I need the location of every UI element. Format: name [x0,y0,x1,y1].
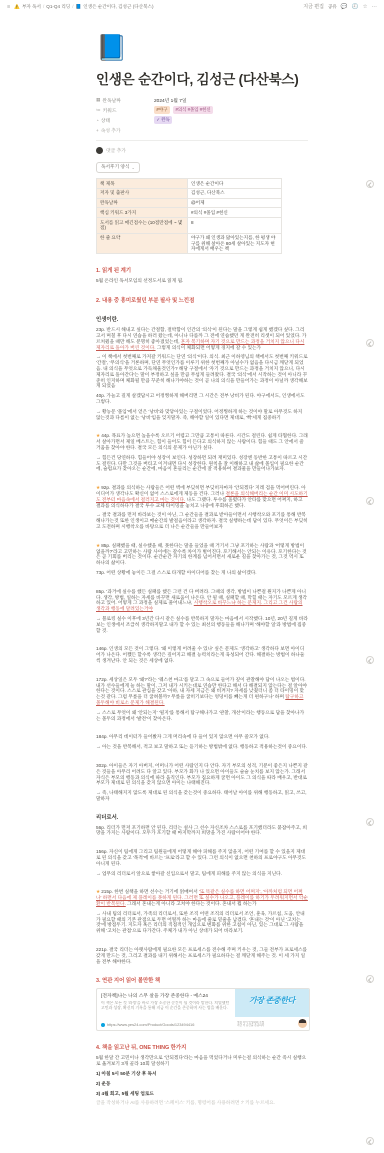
thumbnail-caption: 지금 이 순간을 존중하라 [237,1024,296,1027]
calendar-icon: ▦ [96,97,100,103]
spacer [96,637,308,642]
text-segment: 156p. 자신이 팀에게 그리고 팀원들에게 어떻게 해야 피해를 주지 않을… [96,849,306,866]
avatar [96,147,103,154]
text-segment: 184p. 아무리 데이터가 들어봤자 그게 머리속에 다 들어 있지 않으면 … [96,734,270,739]
paragraph: 146p. 인생의 모든 것이 그렇다. '왜 이렇게 어려울 수 있나' 싶은… [96,646,308,663]
paragraph: → 힘든건 당연하다. 힘들어야 성장이 보인다. 성장하면 되려 재미있다. … [96,455,308,472]
paragraph: → 스스로 무엇이 왜 '안되는지' '될지'를 통해서 탐구해나가고 '관찰,… [96,710,308,722]
add-comment-row[interactable]: 댓글 추가 [96,145,308,155]
favorite-star-icon[interactable]: ☆ [363,4,368,10]
text-segment: → 아는 것을 반복해서, 적고 보고 말하고 또는 듣기하는 방법밖에 없다.… [96,744,307,749]
table-row: 도서를 읽고 매긴점수는 (10점만점에 ~ 몇점) 8 [97,218,282,233]
bookmark-card[interactable]: [전자책]나는 나의 스무 살을 가장 존중한다 - 예스24 이 책은 모든 … [96,988,310,1031]
table-row: 완독날짜 @어제 [97,198,282,208]
paragraph: 글을 작성하거나 AI를 사용하려면 '스페이스' 키를, 명령어를 사용하려면… [96,1100,308,1106]
bookmark-description: 이 책은 모든 것 '과정'을 바로 가장 소중한 순간이 될 것이라 말한다.… [101,1001,231,1011]
table-value-cell[interactable]: 8 [188,218,282,233]
edited-label: 지금 편집 [303,3,324,10]
text-segment: → 업무의 리더로서 앞으로 쌓아갈 신입으로서 말고, 팀에게 피해를 주지 … [96,871,282,876]
property-list: ▦ 완독날짜 2024년 1월 7일 ≔ 키워드 #야구 #의식 #몰입 #헌신… [96,95,308,135]
divider [96,140,308,141]
breadcrumb-item[interactable]: 인생은 순간이다, 김성근 (다산북스) [83,4,153,10]
bookmark-thumbnail: 가장 존중한다 열살 차이 인생과외 수업 지금 이 순간을 존중하라 [235,989,309,1030]
text-segment: 3) 4월 회고, 5월 세팅 업로드 [96,1091,154,1096]
paragraph: 156p. 자신이 팀에게 그리고 팀원들에게 어떻게 해야 피해를 주지 않을… [96,849,308,866]
cursor-marker [366,975,374,983]
paragraph: → 사내 팀의 리더로서, 가족의 리더로서, 또한 조직 어떤 조직의 리더로… [96,911,308,934]
text-segment: 그렇게 의식이 체화되면 어떻게 경지에 갈 수 있는가 [156,345,262,350]
status-icon: ◔ [96,118,99,123]
cursor-marker [366,656,374,664]
property-finish-date[interactable]: ▦ 완독날짜 2024년 1월 7일 [96,95,308,105]
template-button[interactable]: 독서후기 양식 ⌄ [96,162,140,173]
bookmark-title: [전자책]나는 나의 스무 살을 가장 존중한다 - 예스24 [101,992,231,999]
table-label-cell[interactable]: 도서를 읽고 매긴점수는 (10점만점에 ~ 몇점) [97,218,188,233]
paragraph: 221p. 결국 리더는 아랫사람에게 필요한 모든 프로세스를 전수해 주며 … [96,947,308,964]
spacer [96,534,308,539]
paragraph: → 이 책에서 첫번째로 가져갈 키워드는 단연 '의식'이다. 의식. 최근 … [96,354,308,389]
text-segment: → 스스로 무엇이 왜 '안되는지' '될지'를 통해서 탐구해나가고 '관찰,… [96,710,304,721]
history-icon[interactable]: 🕘 [352,4,359,10]
property-label: 상태 [101,117,110,124]
property-status[interactable]: ◔ 상태 ✓ 완독 [96,115,308,125]
page-icon[interactable]: 📘 [96,35,308,61]
sidebar-toggle-icon[interactable]: ≡ [7,4,10,10]
paragraph: 2) 운동 [96,1081,308,1087]
text-segment: 2) 운동 [96,1081,111,1086]
section-heading: 1. 읽게 된 계기 [96,266,308,274]
property-label: 완독날짜 [102,97,121,104]
spacer [96,424,308,429]
spacer [96,476,308,481]
page-content: 📘 인생은 순간이다, 김성근 (다산북스) ▦ 완독날짜 2024년 1월 7… [0,13,308,1106]
text-segment: → 황농문 '몰입'에서 얻은 '낭비'와 맞닿아있는 구절이었다. 어정쩡하게… [96,409,302,420]
spacer [96,725,308,730]
breadcrumb-separator: / [43,4,44,9]
text-segment: 56p. 리더가 먼저 포기하면 안 된다. 리더는 설사 그 선수 자신조차 … [96,825,307,836]
paragraph: 1) 아침 5시 50분 기상 후 독서 [96,1071,308,1077]
text-segment: → 결국 결과를 먼저 바라보는 것이 아닌, 그 순간들을 결과로 받아들이면… [96,512,308,529]
table-row: 한 줄 요약 야구가 왜 인생과 닮아있는지를, 한 평생 야구를 위해 살아온… [97,233,282,254]
spacer [96,668,308,673]
text-segment: 146p. 인생의 모든 것이 그렇다. '왜 이렇게 어려울 수 있나' 싶은… [96,646,304,663]
text-segment: 85p. 실패했을 때, 실수했을 때, 못한다는 말을 들었을 때 거기서 그… [96,543,307,565]
page-title[interactable]: 인생은 순간이다, 김성근 (다산북스) [96,68,308,88]
breadcrumb-item[interactable]: 부자 독서 [22,4,41,10]
paragraph: 73p. 어떤 상황에 놓이든 그걸 스스로 타개할 아이디어를 찾는 게 나의… [96,570,308,576]
text-segment: 글을 작성하거나 AI를 사용하려면 '스페이스' 키를, 명령어를 사용하려면… [96,1100,275,1105]
tag[interactable]: #의식 #몰입 #헌신 [173,106,213,113]
author-photo [298,1019,307,1028]
chevron-down-icon: ⌄ [131,165,134,170]
paragraph: → 블로킹 실수 이후에 3년간 다시 같은 실수를 반복하지 말자는 마음에서… [96,616,308,633]
review-table: 책 제목 인생은 순간이다 저자 및 출판사 김성근, 다산북스 완독날짜 @어… [96,178,282,254]
paragraph: 5월 한달 간 고민이나 생각만으로 '안되겠다'라는 마음을 먹었다거나 미루… [96,1055,308,1067]
paragraph: → 황농문 '몰입'에서 얻은 '낭비'와 맞닿아있는 구절이었다. 어정쩡하게… [96,409,308,421]
table-label-cell[interactable]: 완독날짜 [97,198,188,208]
paragraph: ★85p. 실패했을 때, 실수했을 때, 못한다는 말을 들었을 때 거기서 … [96,543,308,566]
text-segment: 그래서 혼내는게 아니라 고쳐야 한다는 것이다. 혼내서 뭘 하는가 [126,901,257,906]
table-row: 저자 및 출판사 김성근, 다산북스 [97,188,282,198]
cursor-marker [366,1137,374,1145]
thumbnail-title: 가장 존중한다 [235,995,309,1006]
table-label-cell[interactable]: 한 줄 요약 [97,233,188,254]
paragraph: ★92p. 결과를 의식하는 사람들은 어떤 벽에 부딪히면 부딪히자마자 '안… [96,485,308,508]
spacer [96,580,308,585]
spacer [96,880,308,885]
table-value-cell[interactable]: @어제 [188,198,282,208]
star-icon: ★ [96,433,100,438]
star-icon: ★ [96,889,100,894]
cursor-marker [366,339,374,347]
paragraph: 85p. '과거에 실수를 했든 실패를 했든 그런 건 다 버려라. 그때의 … [96,589,308,612]
add-property-button[interactable]: + 속성 추가 [96,125,308,135]
paragraph: ★215p. 한번 실책을 하면 선수는 거기에 얽매여서 '또 똑같은 실수를… [96,889,308,906]
table-value-cell[interactable]: 김성근, 다산북스 [188,188,282,198]
bookmark-url: https://www.yes24.com/Product/Goods/1234… [107,1022,194,1027]
property-label: 키워드 [103,107,117,114]
star-icon: ★ [96,543,100,548]
text-segment: 221p. 결국 리더는 아랫사람에게 필요한 모든 프로세스를 전수해 주며 … [96,947,307,964]
text-segment: → 사내 팀의 리더로서, 가족의 리더로서, 또한 조직 어떤 조직의 리더로… [96,911,305,933]
property-value: 2024년 1월 7일 [154,97,187,104]
breadcrumb-separator: / [72,4,73,9]
paragraph: → 아는 것을 반복해서, 적고 보고 말하고 또는 듣기하는 방법밖에 없다.… [96,744,308,750]
table-value-cell[interactable]: #의식 #몰입 #헌신 [188,208,282,218]
section-heading: 4. 책을 읽고난 뒤, ONE THING 한가지 [96,1043,308,1051]
paragraph: 5월 온라인 독서모임의 선정도서로 읽게 됨. [96,278,308,284]
table-label-cell[interactable]: 핵심 키워드 3가지 [97,208,188,218]
text-segment: 302p. 아이들은 자기 아버지, 어머니가 어떤 사람인지 다 안다. 자기… [96,763,308,785]
template-button-label: 독서후기 양식 [101,164,129,170]
content-blocks: 1. 읽게 된 계기5월 온라인 독서모임의 선정도서로 읽게 됨.2. 내용 … [96,266,308,984]
breadcrumb: ⚠️ 부자 독서 / Q1-Q4 리딩 / 📘 인생은 순간이다, 김성근 (다… [14,4,153,10]
top-bar: ≡ ⚠️ 부자 독서 / Q1-Q4 리딩 / 📘 인생은 순간이다, 김성근 … [0,0,384,13]
sub-heading: 인생이란. [96,315,308,323]
cursor-marker [366,818,374,826]
tag[interactable]: #야구 [154,106,170,113]
text-segment: 73p. 어떤 상황에 놓이든 그걸 스스로 타개할 아이디어를 찾는 게 나의… [96,570,257,575]
list-icon: ≔ [96,107,101,113]
paragraph: 23p. 반드시 해내고 싶다는 간절함, 절박함이 인간의 '의식'이 된다는… [96,327,308,350]
section-heading: 2. 내용 중 흥미로웠던 부분 필사 및 느낀점 [96,296,308,304]
paragraph: 56p. 리더가 먼저 포기하면 안 된다. 리더는 설사 그 선수 자신조차 … [96,825,308,837]
paragraph: → 즉, 나태해지지 않도록 제대로 된 의식을 갖는것이 중요하다. 태어날 … [96,790,308,802]
paragraph: 40p. 가늘고 길게 살겠답시고 어정쩡하게 해버리면 그 시간은 전부 낭비… [96,393,308,405]
text-segment: 172p. 세상일은 모두 '왜?'라는 '퀘스천 마크'를 달고 그 속으로 … [96,677,307,699]
more-options-icon[interactable]: ⋯ [372,4,378,10]
table-row: 책 제목 인생은 순간이다 [97,179,282,189]
text-segment: 44p. 목표가 높으면 높을수록 오르기 어렵고 그만큼 고통이 따른다. 시… [96,433,308,450]
paragraph: → 업무의 리더로서 앞으로 쌓아갈 신입으로서 말고, 팀에게 피해를 주지 … [96,871,308,877]
text-segment: 5월 온라인 독서모임의 선정도서로 읽게 됨. [96,278,183,283]
yes24-favicon [101,1023,105,1027]
breadcrumb-item[interactable]: Q1-Q4 리딩 [46,4,70,10]
table-label-cell[interactable]: 책 제목 [97,179,188,189]
text-segment: → 이 책에서 첫번째로 가져갈 키워드는 단연 '의식'이다. 의식. 최근 … [96,354,308,388]
breadcrumb-item-icon: ⚠️ [14,4,20,10]
property-keywords[interactable]: ≔ 키워드 #야구 #의식 #몰입 #헌신 [96,105,308,115]
text-segment: → 즉, 나태해지지 않도록 제대로 된 의식을 갖는것이 중요하다. 태어날 … [96,790,307,801]
paragraph: → 결국 결과를 먼저 바라보는 것이 아닌, 그 순간들을 결과로 받아들이면… [96,512,308,529]
text-segment: → 블로킹 실수 이후에 3년간 다시 같은 실수를 반복하지 말자는 마음에서… [96,616,308,633]
spacer [96,840,308,845]
section-heading: 3. 연관 지어 읽어 볼만한 책 [96,976,308,984]
paragraph: 302p. 아이들은 자기 아버지, 어머니가 어떤 사람인지 다 안다. 자기… [96,763,308,786]
table-row: 핵심 키워드 3가지 #의식 #몰입 #헌신 [97,208,282,218]
spacer [96,754,308,759]
cursor-marker [366,497,374,505]
add-comment-label: 댓글 추가 [106,147,126,154]
plus-icon: + [96,128,99,133]
spacer [96,938,308,943]
table-value-cell[interactable]: 야구가 왜 인생과 닮아있는지를, 한 평생 야구를 위해 살아온 80세 살아… [188,233,282,254]
text-segment: 5월 한달 간 고민이나 생각만으로 '안되겠다'라는 마음을 먹었다거나 미루… [96,1055,306,1066]
comments-icon[interactable]: 💬 [341,4,348,10]
paragraph: 172p. 세상일은 모두 '왜?'라는 '퀘스천 마크'를 달고 그 속으로 … [96,677,308,706]
cursor-marker [366,180,374,188]
text-segment: 215p. 한번 실책을 하면 선수는 거기에 얽매여서 [101,889,199,894]
text-segment: 40p. 가늘고 길게 살겠답시고 어정쩡하게 해버리면 그 시간은 전부 낭비… [96,393,304,404]
text-segment: 1) 아침 5시 50분 기상 후 독서 [96,1071,157,1076]
star-icon: ★ [96,485,100,490]
paragraph: ★44p. 목표가 높으면 높을수록 오르기 어렵고 그만큼 고통이 따른다. … [96,433,308,450]
content-blocks: 4. 책을 읽고난 뒤, ONE THING 한가지5월 한달 간 고민이나 생… [96,1043,308,1106]
paragraph: 3) 4월 회고, 5월 세팅 업로드 [96,1091,308,1097]
status-badge[interactable]: ✓ 완독 [154,116,172,123]
text-segment: → 힘든건 당연하다. 힘들어야 성장이 보인다. 성장하면 되려 재미있다. … [96,455,307,472]
add-property-label: 속성 추가 [101,127,121,134]
table-label-cell[interactable]: 저자 및 출판사 [97,188,188,198]
paragraph: 184p. 아무리 데이터가 들어봤자 그게 머리속에 다 들어 있지 않으면 … [96,734,308,740]
sub-heading: 리더로서. [96,813,308,821]
table-value-cell[interactable]: 인생은 순간이다 [188,179,282,189]
page-book-icon: 📘 [75,4,81,10]
share-button[interactable]: 공유 [328,4,337,10]
